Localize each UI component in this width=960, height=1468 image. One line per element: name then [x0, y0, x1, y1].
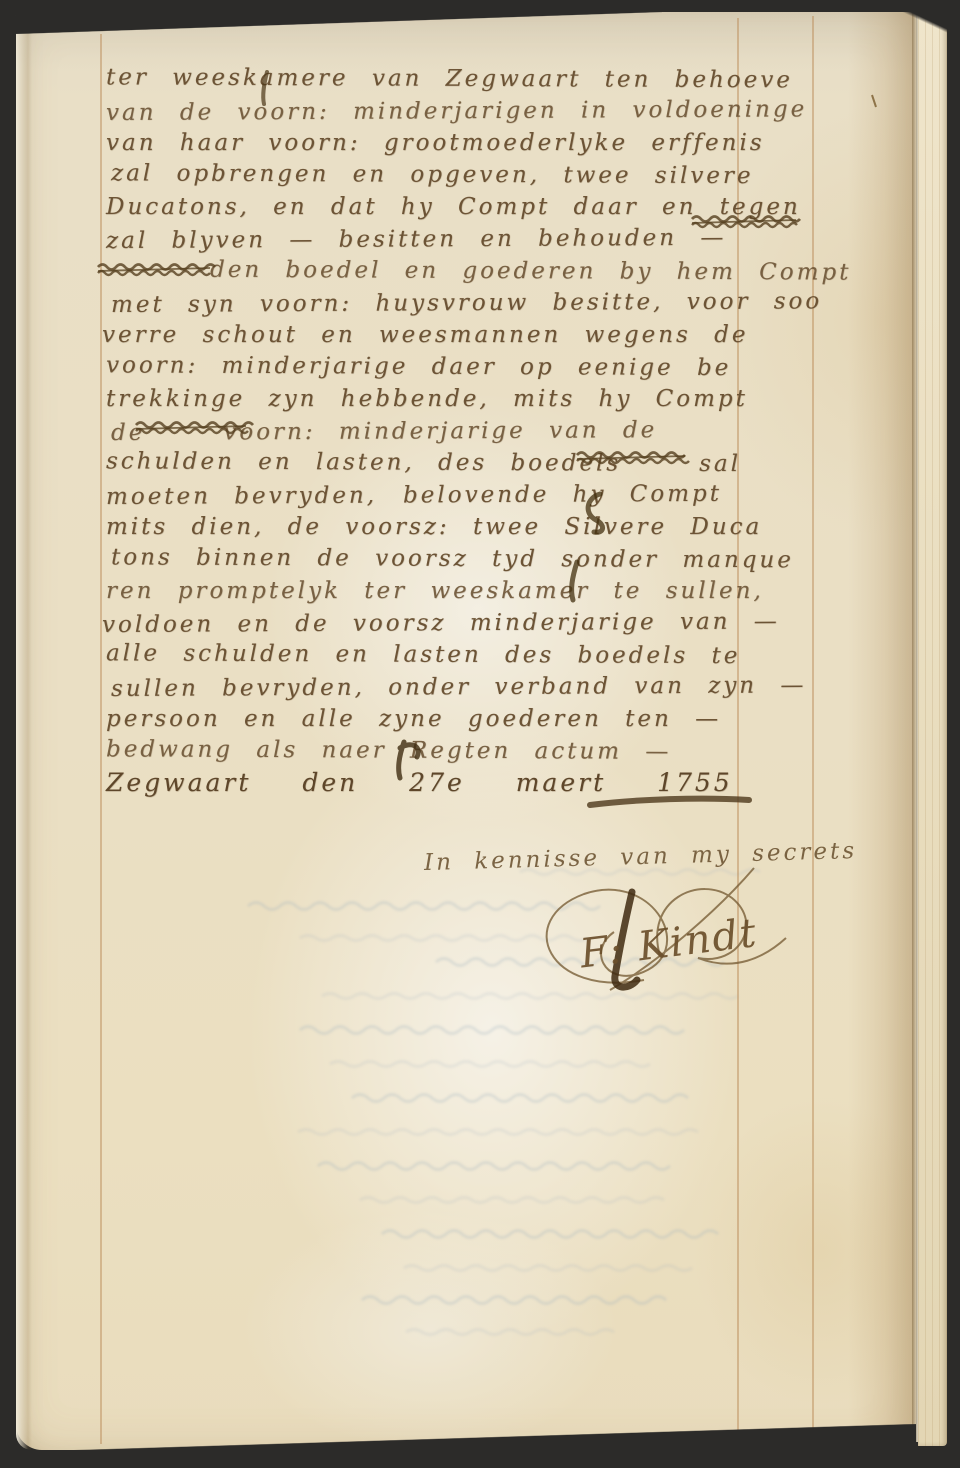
scan-background: ter weeskamere van Zegwaart ten behoevev…	[0, 0, 960, 1468]
manuscript-line: met syn voorn: huysvrouw besitte, voor s…	[111, 285, 876, 321]
manuscript-line: tons binnen de voorsz tyd sonder manque	[111, 541, 876, 576]
scan-corner-shadow-top-right	[896, 8, 960, 38]
scan-bottom-edge-shadow	[16, 1424, 916, 1452]
manuscript-line: schulden en lasten, des boedels sal	[106, 445, 876, 480]
adjacent-page-edge	[918, 8, 947, 1446]
manuscript-line: van de voorn: minderjarigen in voldoenin…	[106, 93, 876, 129]
manuscript-line: sullen bevryden, onder verband van zyn —	[111, 669, 876, 705]
manuscript-line: trekkinge zyn hebbende, mits hy Compt	[106, 383, 876, 415]
manuscript-line: verre schout en weesmannen wegens de	[102, 319, 876, 351]
manuscript-line: van haar voorn: grootmoederlyke erffenis	[106, 127, 876, 159]
manuscript-text-block: ter weeskamere van Zegwaart ten behoevev…	[106, 63, 876, 799]
binding-shadow	[848, 12, 916, 1450]
manuscript-line: persoon en alle zyne goederen ten —	[106, 703, 876, 735]
manuscript-line: alle schulden en lasten des boedels te	[106, 637, 876, 672]
manuscript-line: den boedel en goederen by hem Compt	[106, 253, 876, 288]
manuscript-line: zal blyven — besitten en behouden —	[106, 221, 876, 257]
manuscript-line: moeten bevryden, belovende hy Compt	[106, 477, 876, 513]
manuscript-line: voldoen en de voorsz minderjarige van —	[102, 605, 876, 641]
scan-top-edge-shadow	[16, 12, 662, 34]
manuscript-line: Ducatons, en dat hy Compt daar en tegen	[106, 191, 876, 223]
manuscript-line: zal opbrengen en opgeven, twee silvere	[111, 157, 876, 192]
manuscript-line: ren promptelyk ter weeskamer te sullen,	[106, 575, 876, 607]
manuscript-date-line: Zegwaart den 27e maert 1755	[106, 767, 876, 799]
manuscript-line: bedwang als naer Regten actum —	[106, 733, 876, 768]
manuscript-line: voorn: minderjarige daer op eenige be	[106, 349, 876, 384]
margin-rule-left	[100, 34, 102, 1444]
manuscript-line: ter weeskamere van Zegwaart ten behoeve	[106, 61, 876, 96]
manuscript-line: mits dien, de voorsz: twee Silvere Duca	[106, 511, 876, 543]
manuscript-line: de voorn: minderjarige van de	[111, 413, 876, 449]
